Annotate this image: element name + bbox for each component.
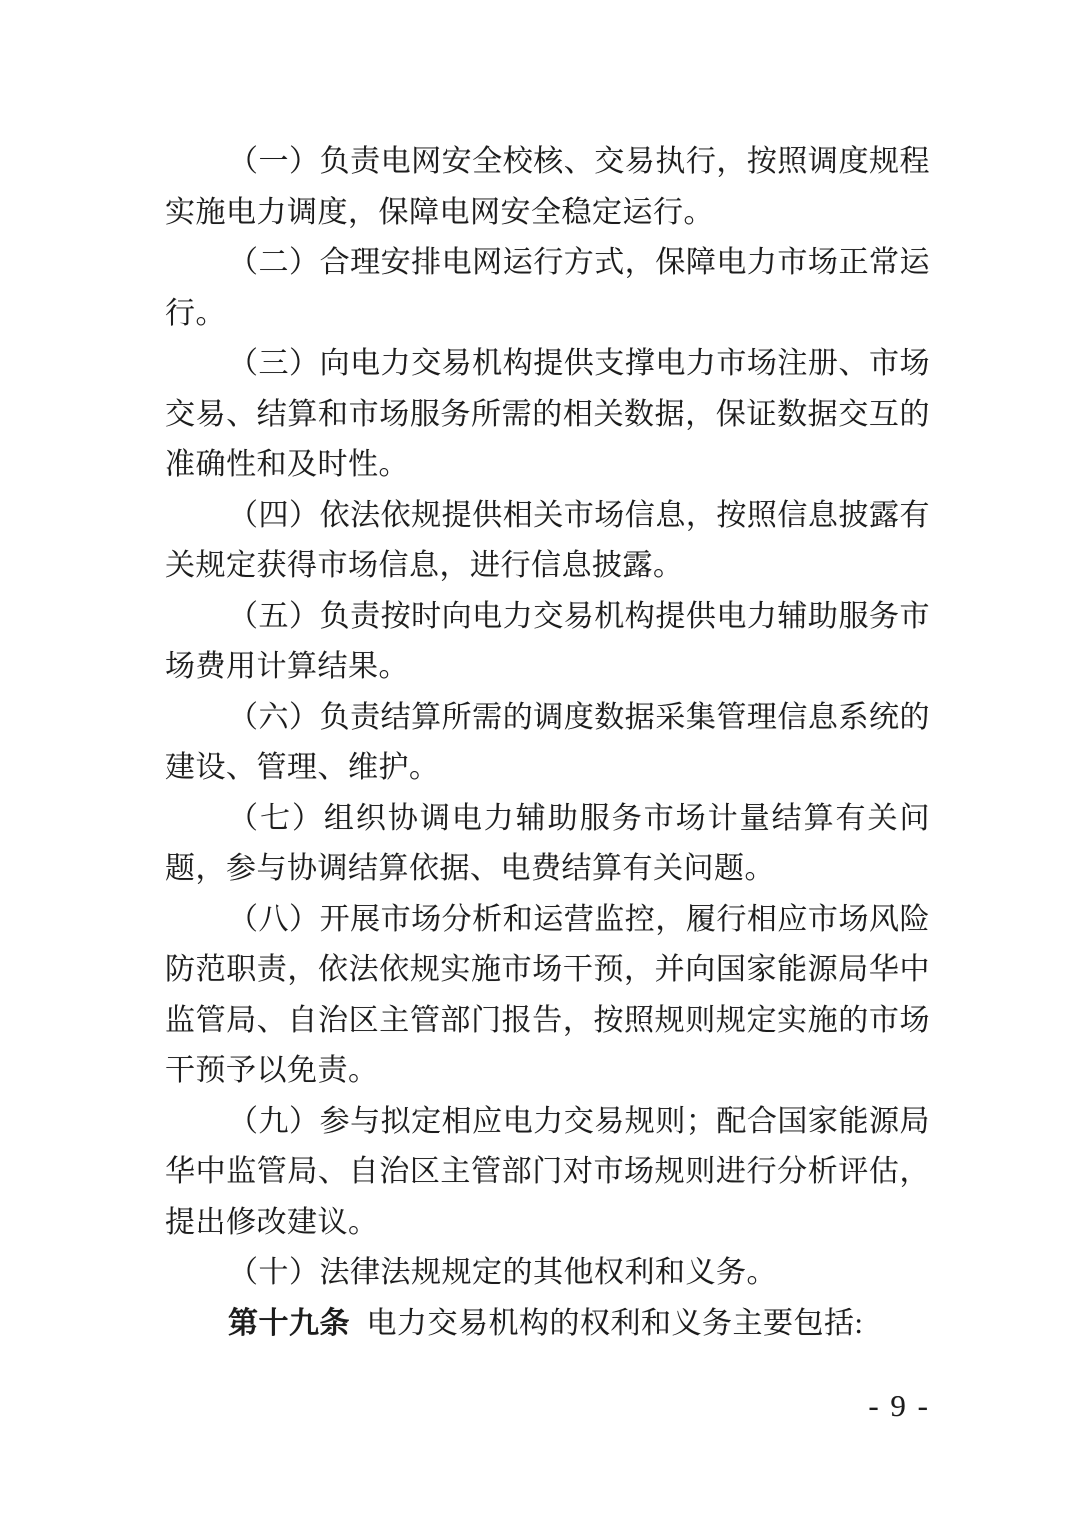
list-item-4: （四）依法依规提供相关市场信息，按照信息披露有关规定获得市场信息，进行信息披露。 — [165, 491, 930, 592]
document-body: （一）负责电网安全校核、交易执行，按照调度规程实施电力调度，保障电网安全稳定运行… — [165, 137, 930, 1349]
list-item-7: （七）组织协调电力辅助服务市场计量结算有关问题，参与协调结算依据、电费结算有关问… — [165, 794, 930, 895]
page-number: - 9 - — [868, 1388, 930, 1424]
list-item-5: （五）负责按时向电力交易机构提供电力辅助服务市场费用计算结果。 — [165, 592, 930, 693]
list-item-9: （九）参与拟定相应电力交易规则；配合国家能源局华中监管局、自治区主管部门对市场规… — [165, 1097, 930, 1249]
article-heading: 第十九条电力交易机构的权利和义务主要包括: — [165, 1299, 930, 1350]
article-title-text: 电力交易机构的权利和义务主要包括: — [367, 1307, 864, 1340]
list-item-10: （十）法律法规规定的其他权利和义务。 — [165, 1248, 930, 1299]
article-number: 第十九条 — [228, 1307, 350, 1340]
list-item-6: （六）负责结算所需的调度数据采集管理信息系统的建设、管理、维护。 — [165, 693, 930, 794]
list-item-2: （二）合理安排电网运行方式，保障电力市场正常运行。 — [165, 238, 930, 339]
list-item-8: （八）开展市场分析和运营监控，履行相应市场风险防范职责，依法依规实施市场干预，并… — [165, 895, 930, 1097]
document-page: （一）负责电网安全校核、交易执行，按照调度规程实施电力调度，保障电网安全稳定运行… — [0, 0, 1080, 1527]
list-item-3: （三）向电力交易机构提供支撑电力市场注册、市场交易、结算和市场服务所需的相关数据… — [165, 339, 930, 491]
list-item-1: （一）负责电网安全校核、交易执行，按照调度规程实施电力调度，保障电网安全稳定运行… — [165, 137, 930, 238]
